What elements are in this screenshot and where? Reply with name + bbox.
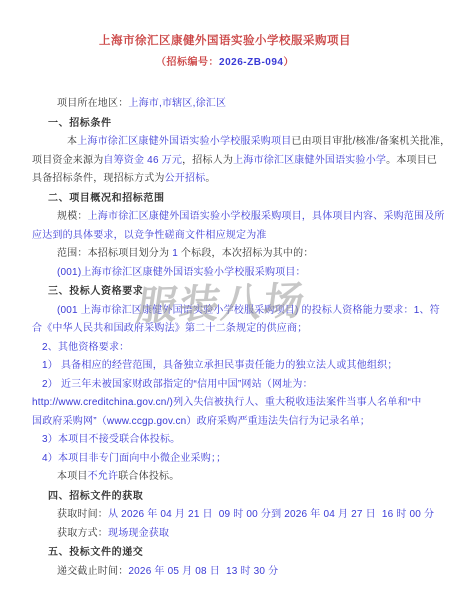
obtain-method-line: 获取方式：现场现金获取: [32, 525, 420, 544]
text-segment: 3）本项目不接受联合体投标。: [42, 434, 180, 445]
consortium-line: 本项目不允许联合体投标。: [32, 468, 420, 487]
text-segment: 个标段，本次招标为其中的：: [178, 248, 314, 259]
scope-line-2: 应达到的具体要求，以竞争性磋商文件相应规定为准: [32, 227, 420, 246]
text-segment: 获取方式：: [57, 528, 108, 539]
qualification-line-2: 合《中华人民共和国政府采购法》第二十二条规定的供应商；: [32, 320, 420, 339]
obtain-time-line: 获取时间：从 2026 年 04 月 21 日 09 时 00 分到 2026 …: [32, 506, 420, 525]
scope-line-1: 规模：上海市徐汇区康健外国语实验小学校服采购项目，具体项目内容、采购范围及所: [32, 208, 420, 227]
section-3-heading: 三、投标人资格要求: [32, 283, 420, 302]
tender-conditions-line-2: 项目资金来源为自筹资金 46 万元，招标人为上海市徐汇区康健外国语实验小学。本项…: [32, 152, 420, 171]
section-5-heading: 五、投标文件的递交: [32, 544, 420, 563]
project-region-line: 项目所在地区：上海市,市辖区,徐汇区: [32, 95, 420, 114]
tender-announcement-page: { "colors": { "red": "#cc4747", "blue": …: [0, 0, 450, 600]
tender-announcement-document: 上海市徐汇区康健外国语实验小学校服采购项目 （招标编号：2026-ZB-094）…: [0, 0, 450, 600]
text-segment: 五、投标文件的递交: [48, 547, 143, 558]
scope-line-4: (001)上海市徐汇区康健外国语实验小学校服采购项目：: [32, 264, 420, 283]
qualification-item-2: 2） 近三年未被国家财政部指定的“信用中国”网站（网址为：: [32, 376, 420, 395]
text-segment: 项目所在地区：: [57, 98, 128, 109]
text-segment: 。本项目已: [386, 155, 437, 166]
text-segment: 上海市,市辖区,徐汇区: [128, 98, 226, 109]
text-segment: 本: [67, 136, 77, 147]
qualification-line-3: 2、其他资格要求：: [32, 339, 420, 358]
text-segment: 2026 年 05 月 08 日 13 时 30 分: [128, 566, 278, 577]
text-segment: 已由项目审批/核准/备案机关批准，: [291, 136, 450, 147]
text-segment: 2） 近三年未被国家财政部指定的“信用中国”网站（网址为：: [42, 379, 313, 390]
text-segment: (001)上海市徐汇区康健外国语实验小学校服采购项目：: [57, 267, 306, 278]
qualification-item-2-url-line: http://www.creditchina.gov.cn/)列入失信被执行人、…: [32, 394, 420, 413]
text-segment: 项目资金来源为: [32, 155, 103, 166]
text-segment: 递交截止时间：: [57, 566, 128, 577]
text-segment: 现场现金获取: [108, 528, 169, 539]
text-segment: 本项目: [57, 471, 88, 482]
text-segment: 上海市徐汇区康健外国语实验小学校服采购项目: [77, 136, 291, 147]
text-segment: 不允许: [88, 471, 119, 482]
text-segment: (001 上海市徐汇区康健外国语实验小学校服采购项目) 的投标人资格能力要求：1…: [57, 305, 440, 316]
text-segment: 自筹资金 46 万元: [103, 155, 182, 166]
text-segment: 合《中华人民共和国政府采购法》第二十二条规定的供应商；: [32, 323, 307, 334]
text-segment: 四、招标文件的获取: [48, 491, 143, 502]
text-segment: 三、投标人资格要求: [48, 286, 143, 297]
section-1-heading: 一、招标条件: [32, 115, 420, 134]
text-segment: ，招标人为: [182, 155, 233, 166]
text-segment: 1） 具备相应的经营范围，具备独立承担民事责任能力的独立法人或其他组织；: [42, 360, 398, 371]
qualification-line-1: (001 上海市徐汇区康健外国语实验小学校服采购项目) 的投标人资格能力要求：1…: [32, 302, 420, 321]
qualification-item-3: 3）本项目不接受联合体投标。: [32, 431, 420, 450]
text-segment: 规模：: [57, 211, 88, 222]
document-body: 项目所在地区：上海市,市辖区,徐汇区一、招标条件本上海市徐汇区康健外国语实验小学…: [0, 95, 450, 581]
text-segment: 上海市徐汇区康健外国语实验小学: [233, 155, 386, 166]
submission-deadline-line: 递交截止时间：2026 年 05 月 08 日 13 时 30 分: [32, 563, 420, 582]
section-2-heading: 二、项目概况和招标范围: [32, 190, 420, 209]
tender-conditions-line-3: 具备招标条件，现招标方式为公开招标。: [32, 170, 420, 189]
tender-number-subtitle: （招标编号：2026-ZB-094）: [0, 56, 450, 69]
text-segment: 范围：本招标项目划分为: [57, 248, 172, 259]
document-title: 上海市徐汇区康健外国语实验小学校服采购项目: [0, 34, 450, 49]
text-segment: 2、其他资格要求：: [42, 342, 129, 353]
text-segment: 从 2026 年 04 月 21 日 09 时 00 分到 2026 年 04 …: [108, 509, 434, 520]
text-segment: 应达到的具体要求，以竞争性磋商文件相应规定为准: [32, 230, 267, 241]
text-segment: （招标编号：: [156, 57, 219, 68]
text-segment: http://www.creditchina.gov.cn/)列入失信被执行人、…: [32, 397, 421, 408]
text-segment: 2026-ZB-094: [219, 57, 283, 68]
section-4-heading: 四、招标文件的获取: [32, 488, 420, 507]
text-segment: 获取时间：: [57, 509, 108, 520]
qualification-item-2-cont: 国政府采购网”（www.ccgp.gov.cn）政府采购严重违法失信行为记录名单…: [32, 413, 420, 432]
tender-conditions-line-1: 本上海市徐汇区康健外国语实验小学校服采购项目已由项目审批/核准/备案机关批准，: [32, 133, 420, 152]
text-segment: 。: [205, 173, 215, 184]
text-segment: 联合体投标。: [118, 471, 179, 482]
text-segment: 国政府采购网”（www.ccgp.gov.cn）政府采购严重违法失信行为记录名单…: [32, 416, 370, 427]
text-segment: 一、招标条件: [48, 118, 112, 129]
text-segment: 具备招标条件，现招标方式为: [32, 173, 165, 184]
text-segment: 上海市徐汇区康健外国语实验小学校服采购项目，具体项目内容、采购范围及所: [88, 211, 445, 222]
qualification-item-1: 1） 具备相应的经营范围，具备独立承担民事责任能力的独立法人或其他组织；: [32, 357, 420, 376]
qualification-item-4: 4）本项目非专门面向中小微企业采购；；: [32, 450, 420, 469]
text-segment: 公开招标: [165, 173, 206, 184]
text-segment: ）: [283, 57, 294, 68]
text-segment: 4）本项目非专门面向中小微企业采购；；: [42, 453, 226, 464]
scope-line-3: 范围：本招标项目划分为 1 个标段，本次招标为其中的：: [32, 245, 420, 264]
text-segment: 二、项目概况和招标范围: [48, 193, 165, 204]
